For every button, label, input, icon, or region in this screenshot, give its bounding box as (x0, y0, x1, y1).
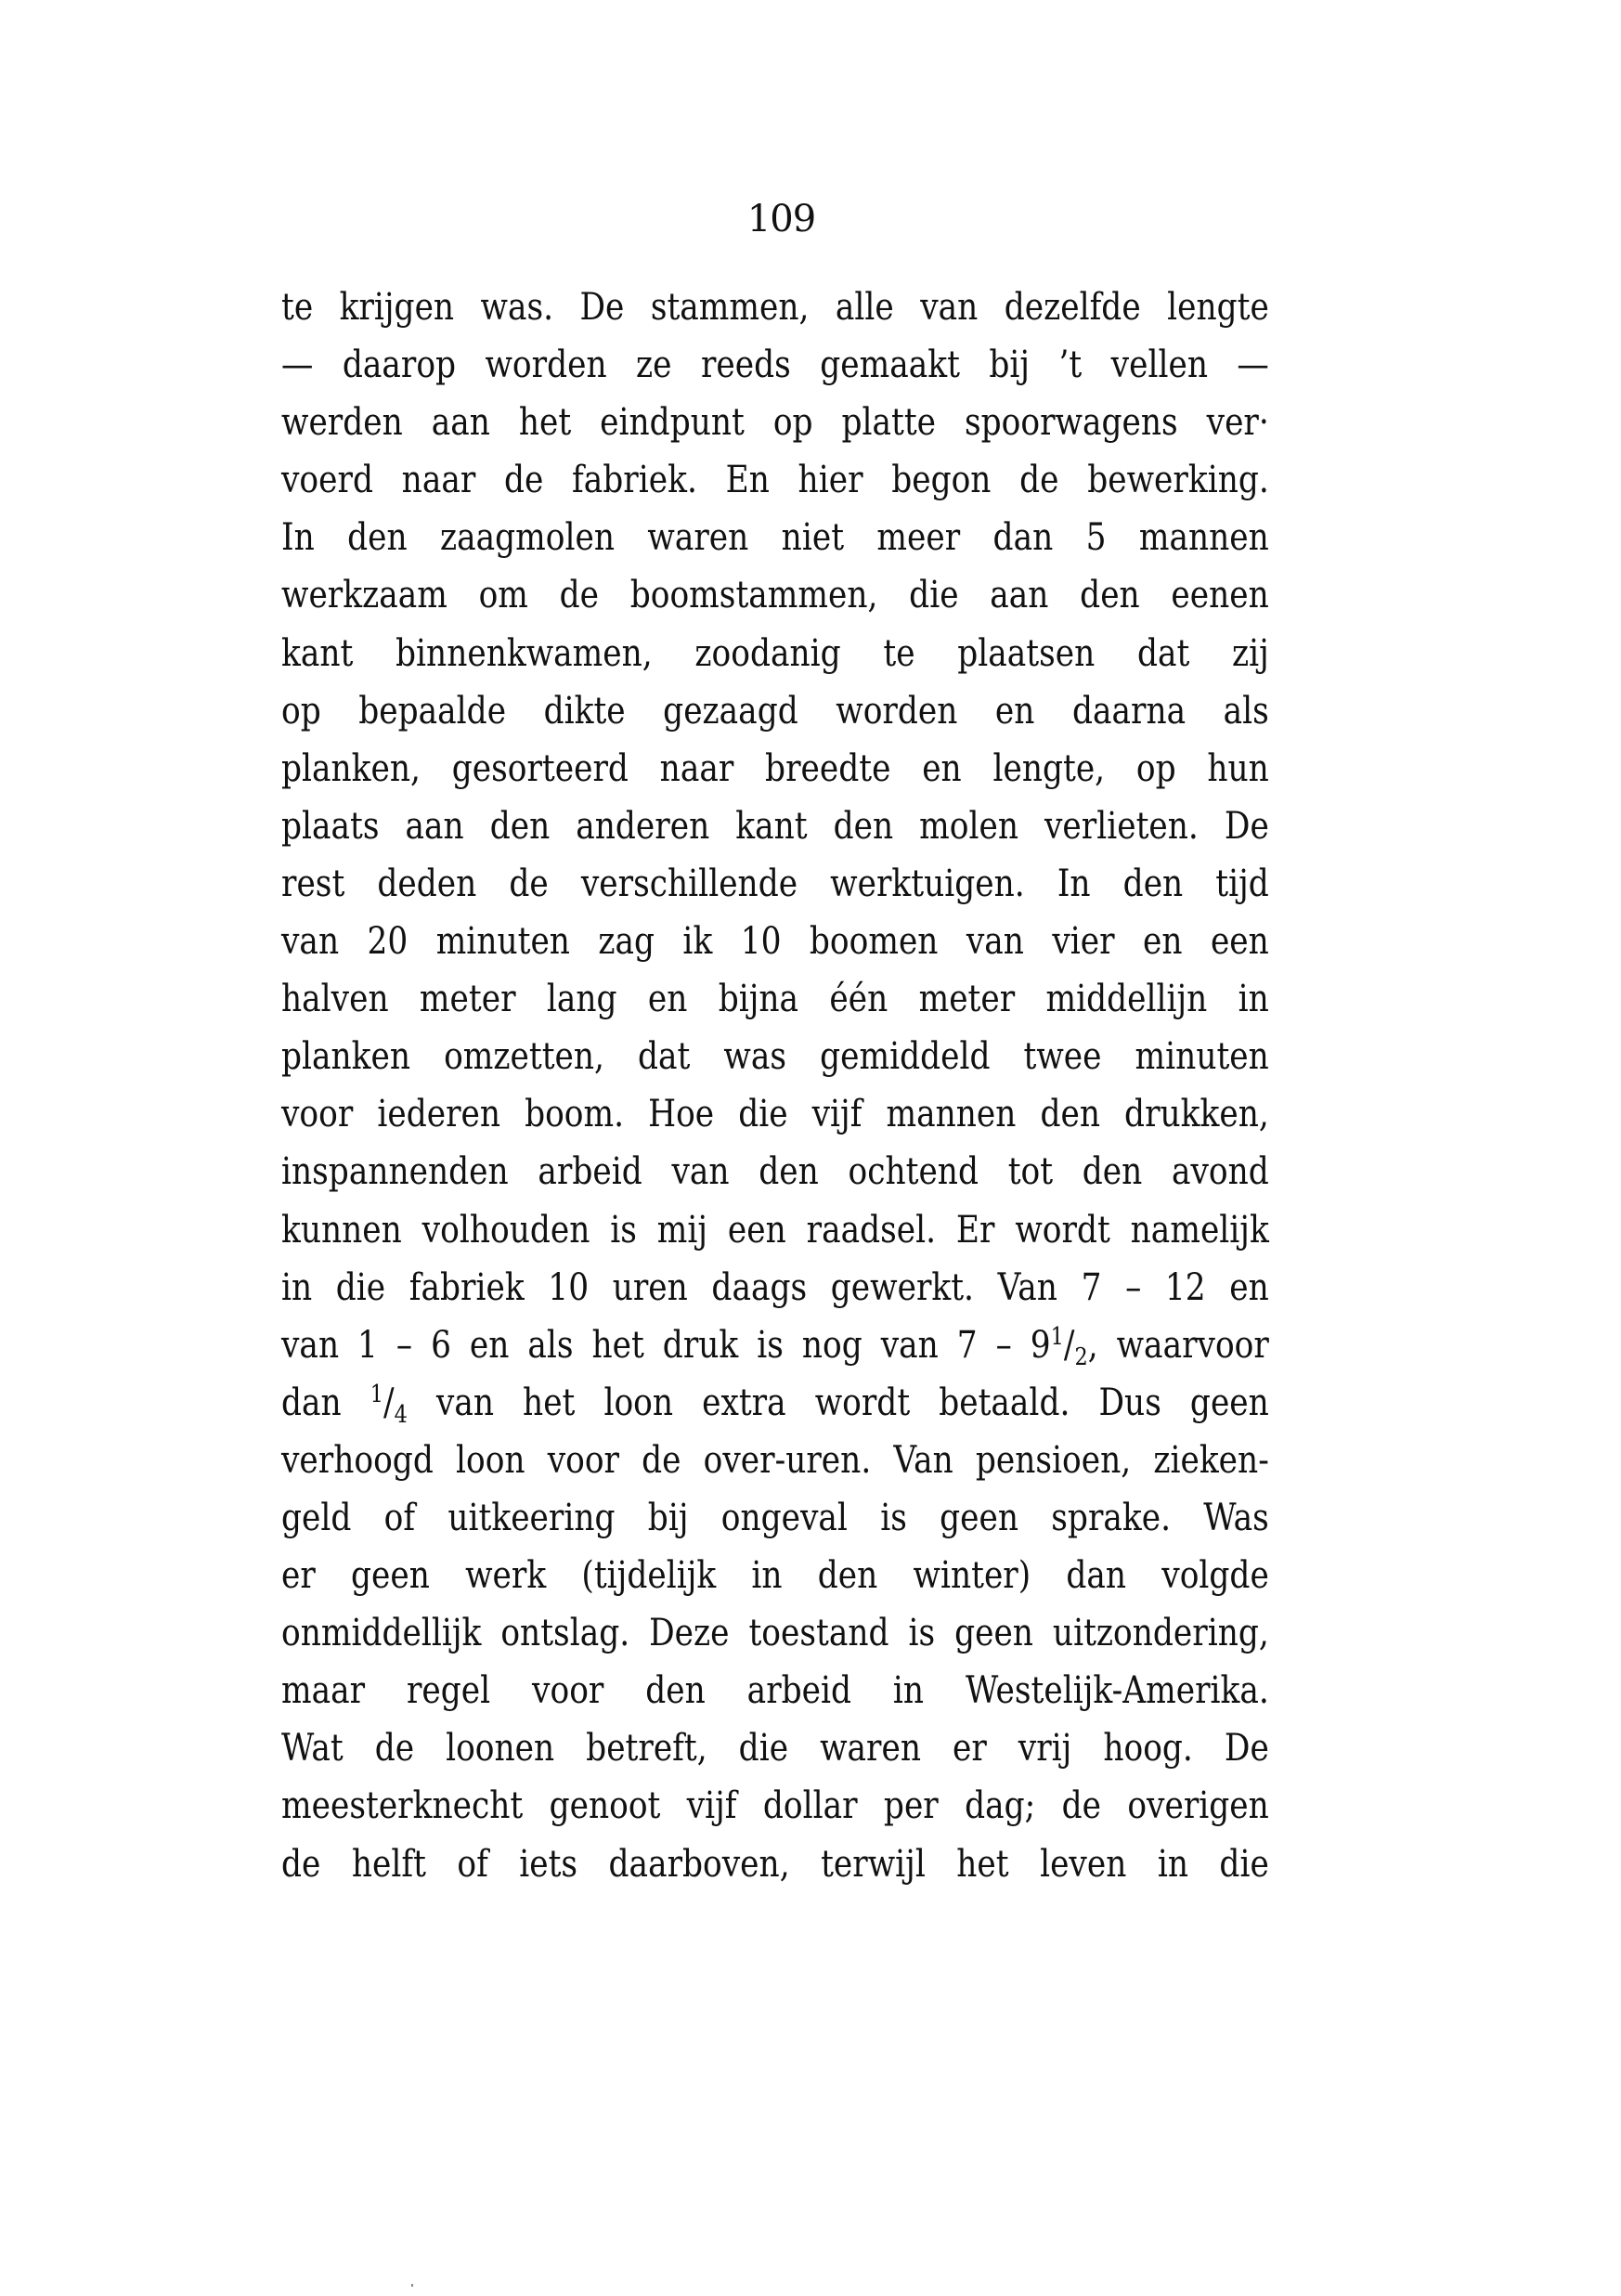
fraction-slash: / (383, 1381, 395, 1424)
text-line: te krijgen was. De stammen, alle van dez… (281, 279, 1269, 336)
text-line: planken omzetten, dat was gemiddeld twee… (281, 1028, 1269, 1085)
fraction-denominator: 2 (1074, 1343, 1087, 1371)
text-line-with-fraction: dan 1/4 van het loon extra wordt betaald… (281, 1374, 1269, 1432)
fraction-numerator: 1 (1051, 1323, 1064, 1351)
text-line: planken, gesorteerd naar breedte en leng… (281, 740, 1269, 798)
text-line: In den zaagmolen waren niet meer dan 5 m… (281, 509, 1269, 566)
text-fragment: van 1 – 6 en als het druk is nog van 7 –… (281, 1324, 1051, 1367)
scan-speck (411, 2284, 413, 2287)
text-line: van 20 minuten zag ik 10 boomen van vier… (281, 913, 1269, 970)
text-fragment: dan (281, 1381, 370, 1424)
text-line: kunnen volhouden is mij een raadsel. Er … (281, 1201, 1269, 1259)
text-fragment: , waarvoor (1088, 1324, 1269, 1367)
text-line: in die fabriek 10 uren daags gewerkt. Va… (281, 1259, 1269, 1317)
text-line: onmiddellijk ontslag. Deze toestand is g… (281, 1604, 1269, 1662)
text-line: — daarop worden ze reeds gemaakt bij ’t … (281, 336, 1269, 394)
text-line: de helft of iets daarboven, terwijl het … (281, 1836, 1269, 1893)
text-line: werden aan het eindpunt op platte spoorw… (281, 394, 1269, 451)
body-text: te krijgen was. De stammen, alle van dez… (281, 279, 1269, 1893)
text-line: voor iederen boom. Hoe die vijf mannen d… (281, 1085, 1269, 1143)
fraction-denominator: 4 (395, 1401, 408, 1429)
text-line: meesterknecht genoot vijf dollar per dag… (281, 1777, 1269, 1835)
text-line-with-fraction: van 1 – 6 en als het druk is nog van 7 –… (281, 1317, 1269, 1374)
text-line: werkzaam om de boomstammen, die aan den … (281, 566, 1269, 624)
text-line: maar regel voor den arbeid in Westelijk-… (281, 1662, 1269, 1719)
text-line: kant binnenkwamen, zoodanig te plaatsen … (281, 625, 1269, 682)
text-line: Wat de loonen betreft, die waren er vrij… (281, 1719, 1269, 1777)
text-line: inspannenden arbeid van den ochtend tot … (281, 1143, 1269, 1200)
text-line: geld of uitkeering bij ongeval is geen s… (281, 1489, 1269, 1547)
text-line: plaats aan den anderen kant den molen ve… (281, 798, 1269, 855)
fraction-slash: / (1064, 1324, 1075, 1367)
text-line: halven meter lang en bijna één meter mid… (281, 970, 1269, 1028)
book-page: 109 te krijgen was. De stammen, alle van… (0, 0, 1621, 2296)
text-line: voerd naar de fabriek. En hier begon de … (281, 451, 1269, 509)
text-fragment: van het loon extra wordt betaald. Dus ge… (408, 1381, 1269, 1424)
page-number: 109 (0, 199, 1563, 240)
text-line: verhoogd loon voor de over-uren. Van pen… (281, 1432, 1269, 1489)
text-line: rest deden de verschillende werktuigen. … (281, 855, 1269, 913)
text-line: op bepaalde dikte gezaagd worden en daar… (281, 682, 1269, 740)
text-line: er geen werk (tijdelijk in den winter) d… (281, 1547, 1269, 1604)
fraction-numerator: 1 (370, 1381, 383, 1408)
